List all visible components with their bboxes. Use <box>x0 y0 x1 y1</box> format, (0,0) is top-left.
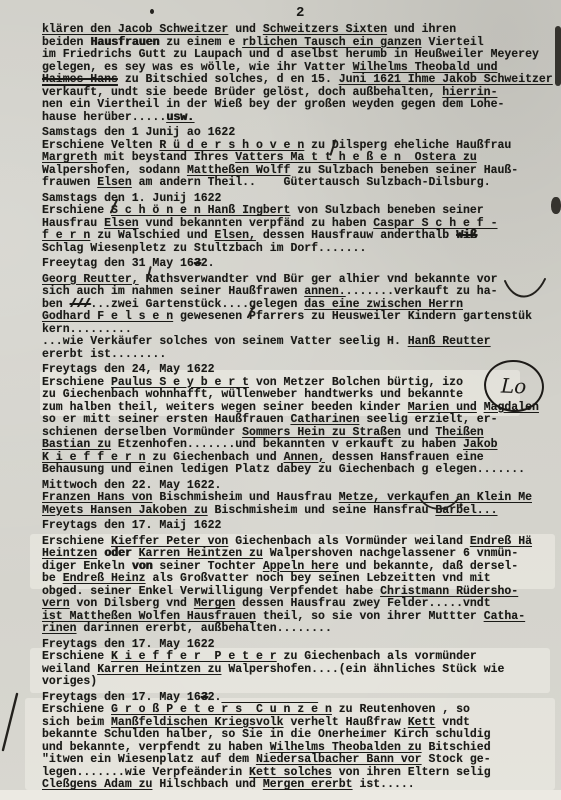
typed-text: Erschiene <box>42 703 111 716</box>
typed-text: zu Giechenbach und <box>146 451 284 464</box>
typed-text: und bekannte, daß dersel- <box>339 560 518 573</box>
underlined-text: G r o ß P e t e r s C u n z e n <box>111 703 332 716</box>
underlined-text: Endreß Hä <box>470 535 532 548</box>
typed-text: Etzenhofen.......und bekannten v erkauft… <box>111 438 463 451</box>
typed-text: frauwen <box>42 176 97 189</box>
typed-text: Freytags den 17. Maij 1622 <box>42 519 221 532</box>
struck-text: 3 <box>201 691 208 704</box>
typed-text: seiner Tochter <box>152 560 262 573</box>
typed-text: theil, so sie von ihrer Muttter <box>256 610 484 623</box>
typed-text: gelegen, es sey was es wölle, wie ihr Va… <box>42 61 353 74</box>
underlined-text: Juni 1621 Ihme Jakob Schweitzer <box>339 73 553 86</box>
underlined-text: Godhard F e l s e n <box>42 310 173 323</box>
typed-text: Hausfrau <box>42 217 104 230</box>
typed-text: als Großvatter noch bey seinen Lebzeitte… <box>146 572 491 585</box>
underlined-text: Mergen <box>194 597 235 610</box>
typed-text: gewesenen Pfarrers zu Heusweiler Kindern… <box>173 310 532 323</box>
typed-text: Giechenbach als Vormünder weiland <box>228 535 470 548</box>
entry-paragraph: klären den Jacob Schweitzer und Schweitz… <box>42 24 561 124</box>
underlined-text: Jakob <box>463 438 498 451</box>
underlined-text: Karren Heintzen zu <box>97 663 221 676</box>
text-line: voriges) <box>42 676 561 689</box>
underlined-text: Karren Heintzen zu <box>139 547 263 560</box>
underlined-text: Schweitzers Sixten <box>263 23 387 36</box>
typed-text: Schlag Wiesenpletz zu Stultzbach im Dorf… <box>42 242 366 255</box>
scan-bottom-edge <box>0 790 561 800</box>
typed-text: vndt <box>435 716 470 729</box>
typed-text: von ihren Eltern selig <box>332 766 491 779</box>
underlined-text: klären den Jacob Schweitzer <box>42 23 228 36</box>
typed-text: kern......... <box>42 323 132 336</box>
entry-paragraph: Freytags den 17. Maij 1622 <box>42 520 561 533</box>
typed-text: verkauft, undt sie beede Brüder gelöst, … <box>42 86 442 99</box>
typed-text: Mittwoch den 22. May 1622. <box>42 479 221 492</box>
underlined-text: Bastian zu <box>42 438 111 451</box>
underlined-text: R ü d e r s h o v e n <box>159 139 304 152</box>
underlined-text: Elsen, <box>215 229 256 242</box>
underlined-text: Kett <box>408 716 436 729</box>
typed-text <box>132 547 139 560</box>
typed-text: Erschiene <box>42 650 111 663</box>
typed-text: Erschiene <box>42 376 111 389</box>
typed-text: zu Reutenhoven , so <box>332 703 470 716</box>
underlined-text: Christmann Rüdersho- <box>380 585 518 598</box>
underlined-text: Franzen Hans von <box>42 491 152 504</box>
page-number: 2 <box>296 5 304 21</box>
underlined-text: Elsen <box>97 176 132 189</box>
text-line: weiland Karren Heintzen zu Walpershofen.… <box>42 664 561 677</box>
typed-text: so er mitt seiner ersten Haußfrauen <box>42 413 290 426</box>
typed-text: Freytags den 17. May 1622 <box>42 638 215 651</box>
typed-text: Behausung und einen ledigen Platz dabey … <box>42 463 525 476</box>
struck-text: 3 <box>194 257 201 270</box>
underlined-text: Caspar S c h e f - <box>373 217 497 230</box>
text-line: rinen darinnen ererbt, außbehalten......… <box>42 623 561 636</box>
typed-text: und bekannte, verpfendt zu haben <box>42 741 270 754</box>
typed-text: Vierteil <box>422 36 484 49</box>
underlined-text: S c h ö n e n Hanß Ingbert <box>111 204 290 217</box>
text-line: Freeytag den 31 May 1632. <box>42 258 561 271</box>
pen-margin-slash <box>0 690 22 754</box>
typed-text: Stock ge- <box>422 753 491 766</box>
typed-text: 2. <box>201 257 215 270</box>
typed-text: Walpershofen, sodann <box>42 164 187 177</box>
entry-paragraph: Samstags den 1 Junij ao 1622Erschiene Ve… <box>42 127 561 190</box>
underlined-text: Niedersalbacher Bann vor <box>256 753 422 766</box>
typed-text: bekannte Schulden halber, so Sie in die … <box>42 728 491 741</box>
typed-text: legen.......wie Verpfeänderin <box>42 766 249 779</box>
scan-edge-smudge <box>551 197 561 214</box>
typed-text: zum halben theil, weiters wegen seiner b… <box>42 401 408 414</box>
typed-text: Rathsverwandter vnd Bür ger alhier vnd b… <box>139 273 498 286</box>
typed-text: .......verkauft zu ha- <box>346 285 498 298</box>
scan-edge-smudge <box>555 26 561 86</box>
underlined-text: Kieffer Peter von <box>111 535 228 548</box>
struck-text: /// <box>70 298 91 311</box>
text-line: hause herüber.....usw. <box>42 112 561 125</box>
underlined-text: Meyets Hansen Jakoben zu <box>42 504 208 517</box>
underlined-text: Kett solches <box>249 766 332 779</box>
typed-text: "itwen ein Wiesenplatz auf dem <box>42 753 256 766</box>
typed-text: Erschiene <box>42 535 111 548</box>
underlined-text: Theißen <box>435 426 483 439</box>
underlined-text: f e r n <box>42 229 90 242</box>
underlined-text: Appeln here <box>263 560 339 573</box>
typed-text: vund bekannten verpfänd zu haben <box>139 217 374 230</box>
typed-text: diger Enkeln <box>42 560 132 573</box>
typed-text: zu Bitschied solches, d en 15. <box>118 73 339 86</box>
typed-text <box>477 401 484 414</box>
underlined-text: ist Mattheßen Wolfen Hausfrauen <box>42 610 256 623</box>
underlined-text: Elsen <box>104 217 139 230</box>
text-line: Freytags den 17. Maij 1622 <box>42 520 561 533</box>
typed-text: und <box>228 23 263 36</box>
entry-paragraph: Georg Reutter, Rathsverwandter vnd Bür g… <box>42 274 561 362</box>
entry-paragraph: Freytags den 24, May 1622Erschiene Paulu… <box>42 364 561 477</box>
typed-text: darinnen ererbt, außbehalten........ <box>77 622 332 635</box>
text-line: Schlag Wiesenpletz zu Stultzbach im Dorf… <box>42 243 561 256</box>
typed-text: zu Giechenbach wohnhafft, wüllenweber ha… <box>42 388 463 401</box>
typed-text: von <box>132 560 153 573</box>
struck-text: Wiß <box>456 229 477 242</box>
typed-text: dessen Hausfrau zwey Felder.....vndt <box>235 597 490 610</box>
text-line: Meyets Hansen Jakoben zu Bischmisheim un… <box>42 505 561 518</box>
underlined-text: Catha- <box>484 610 525 623</box>
underlined-text: usw. <box>166 111 194 124</box>
underlined-text: Georg Reutter, <box>42 273 139 286</box>
typed-text: Walpershoven nachgelassener 6 vnmün- <box>263 547 518 560</box>
underlined-text: Haimes Hans <box>42 73 118 86</box>
underlined-text: Margreth <box>42 151 97 164</box>
document-body: klären den Jacob Schweitzer und Schweitz… <box>42 24 561 795</box>
typed-text: zu Giechenbach als vormünder <box>277 650 477 663</box>
underlined-text: Wilhelms Theobalden zu <box>270 741 422 754</box>
underlined-text: Sommers Hein zu Straßen <box>242 426 401 439</box>
underlined-text: Heintzen <box>42 547 97 560</box>
entry-paragraph: Freeytag den 31 May 1632. <box>42 258 561 271</box>
typed-text: Freytags den 24, May 1622 <box>42 363 215 376</box>
entry-paragraph: Erschiene Kieffer Peter von Giechenbach … <box>42 536 561 636</box>
underlined-text: K i e f f e r P e t e r <box>111 650 277 663</box>
typed-text: Erschiene Velten <box>42 139 159 152</box>
typed-text: be <box>42 572 63 585</box>
underlined-text: Endreß Heinz <box>63 572 146 585</box>
text-line: frauwen Elsen am andern Theil.. Gütertau… <box>42 177 561 190</box>
underlined-text: annen. <box>304 285 345 298</box>
typed-text: schienen derselben Vormünder <box>42 426 242 439</box>
typed-text: sich beim <box>42 716 111 729</box>
typed-text: dessen Hausfrauw anderthalb <box>256 229 456 242</box>
typed-text: von Dilsberg vnd <box>70 597 194 610</box>
typed-text: ...zwei Gartenstück....gelegen <box>90 298 304 311</box>
underlined-text: Marien und <box>408 401 477 414</box>
typed-text: Bischmisheim und Hausfrau <box>152 491 338 504</box>
entry-paragraph: Mittwoch den 22. May 1622.Franzen Hans v… <box>42 480 561 518</box>
typed-text: oder <box>104 547 132 560</box>
text-line: ererbt ist........ <box>42 349 561 362</box>
scanned-document-page: 2 klären den Jacob Schweitzer und Schwei… <box>0 0 561 800</box>
typed-text: sich auch im nahmen seiner Haußfrawen <box>42 285 304 298</box>
typed-text: Hausfrauen <box>90 36 159 49</box>
typed-text: weiland <box>42 663 97 676</box>
typed-text: seelig erzielt, er- <box>359 413 497 426</box>
underlined-text: rblichen Tausch ein ganzen <box>242 36 421 49</box>
typed-text: Bischmisheim und seine Hansfrau <box>208 504 436 517</box>
typed-text: von Metzer Bolchen bürtig, izo <box>249 376 463 389</box>
typed-text: nen ein Viertheil in der Wieß bey der gr… <box>42 98 504 111</box>
typed-text: 2. <box>208 691 222 704</box>
typed-text: zu Sulzbach beneben seiner Hauß- <box>290 164 518 177</box>
typed-text: voriges) <box>42 675 97 688</box>
typed-text: im Friedrichs Gutt zu Laupach und d asel… <box>42 48 539 61</box>
underlined-text: Metze, verkaufen an Klein Me <box>339 491 532 504</box>
typed-text: am andern Theil.. Gütertausch Sulzbach-D… <box>132 176 491 189</box>
underlined-text: vern <box>42 597 70 610</box>
underlined-text: Hanß Reutter <box>408 335 491 348</box>
typed-text: zu Walschied und <box>90 229 214 242</box>
underlined-text: Paulus S e y b e r t <box>111 376 249 389</box>
typed-text: zu einem e <box>159 36 242 49</box>
underlined-text <box>221 691 318 704</box>
typed-text: ...wie Verkäufer solches von seinem Vatt… <box>42 335 408 348</box>
text-line: Behausung und einen ledigen Platz dabey … <box>42 464 561 477</box>
underlined-text: rinen <box>42 622 77 635</box>
underlined-text: Manßfeldischen Kriegsvolk <box>111 716 284 729</box>
typed-text: Erschiene <box>42 204 111 217</box>
typed-text: Samstags den 1. Junij 1622 <box>42 192 221 205</box>
underlined-text: K i e f f e r n <box>42 451 146 464</box>
typed-text: ben <box>42 298 70 311</box>
underlined-text: Wilhelms Theobald und <box>353 61 498 74</box>
entry-paragraph: Freytags den 17. May 1632. Erschiene G r… <box>42 692 561 792</box>
underlined-text: Annen, <box>284 451 325 464</box>
underlined-text: Mattheßen Wolff <box>187 164 291 177</box>
underlined-text: Vatters Ma t t h e ß e n Ostera zu <box>235 151 477 164</box>
typed-text: dessen Hansfrauen eine <box>325 451 484 464</box>
typed-text: Walpershofen....(ein ähnliches Stück wie <box>221 663 504 676</box>
typed-text: verhelt Haußfraw <box>284 716 408 729</box>
typed-text: zu Dilsperg eheliche Haußfrau <box>304 139 511 152</box>
typed-text: Freytags den 17. May 16 <box>42 691 201 704</box>
typed-text: obged. seiner Enkel Verwilligung Verpfen… <box>42 585 380 598</box>
typed-text: Bitschied <box>422 741 491 754</box>
underlined-text: Barbel... <box>435 504 497 517</box>
typed-text: Samstags den 1 Junij ao 1622 <box>42 126 235 139</box>
typed-text: und <box>401 426 436 439</box>
typed-text: ererbt ist........ <box>42 348 166 361</box>
typed-text: beiden <box>42 36 90 49</box>
underlined-text: das eine zwischen Herrn <box>304 298 463 311</box>
underlined-text: hierrin- <box>442 86 497 99</box>
entry-paragraph: Samstags den 1. Junij 1622Erschiene S c … <box>42 193 561 256</box>
typed-text: mit beystand Ihres <box>97 151 235 164</box>
typed-text: hause herüber..... <box>42 111 166 124</box>
typed-text: von Sulzbach beneben seiner <box>290 204 483 217</box>
typed-text: und ihren <box>387 23 456 36</box>
typed-text: Freeytag den 31 May 16 <box>42 257 194 270</box>
entry-paragraph: Freytags den 17. May 1622Erschiene K i e… <box>42 639 561 689</box>
lo-annotation-text: Lo <box>501 374 527 399</box>
underlined-text: Catharinen <box>290 413 359 426</box>
ink-dot <box>150 9 154 14</box>
